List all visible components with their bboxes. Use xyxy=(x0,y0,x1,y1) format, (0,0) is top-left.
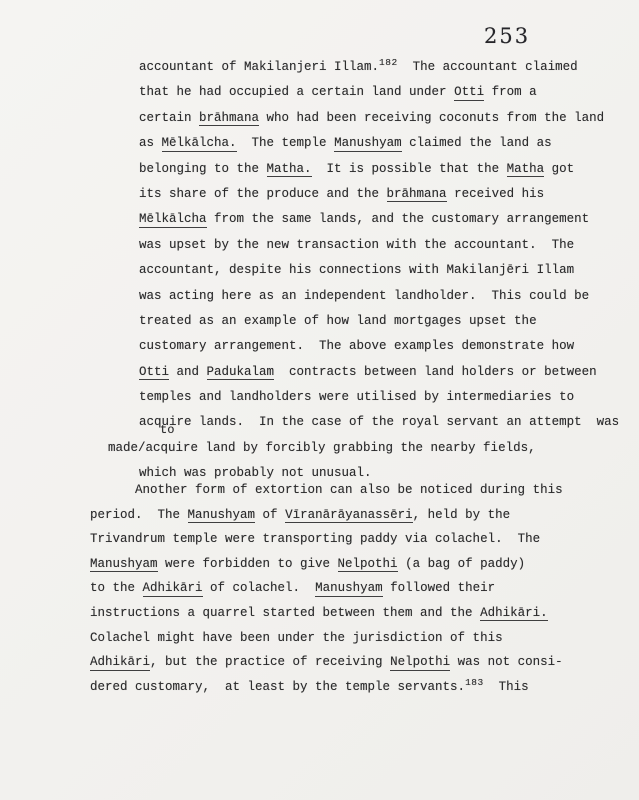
text-run: temples and landholders were utilised by… xyxy=(139,390,574,404)
text-run: , but the practice of receiving xyxy=(150,655,390,669)
text-line: its share of the produce and the brāhman… xyxy=(139,182,619,207)
paragraph-1: accountant of Makilanjeri Illam.182 The … xyxy=(139,55,619,487)
text-run: were forbidden to give xyxy=(158,557,338,571)
text-line: Otti and Padukalam contracts between lan… xyxy=(139,360,619,385)
text-line: accountant of Makilanjeri Illam.182 The … xyxy=(139,55,619,80)
text-run: customary arrangement. The above example… xyxy=(139,339,574,353)
text-run: Another form of extortion can also be no… xyxy=(135,483,563,497)
text-run: belonging to the xyxy=(139,162,267,176)
text-run: got xyxy=(544,162,574,176)
text-line: that he had occupied a certain land unde… xyxy=(139,80,619,105)
text-line: period. The Manushyam of Vīranārāyanassē… xyxy=(90,503,563,528)
text-run: received his xyxy=(447,187,545,201)
text-run: , held by the xyxy=(413,508,511,522)
text-run: instructions a quarrel started between t… xyxy=(90,606,480,620)
text-run: dered customary, at least by the temple … xyxy=(90,680,465,694)
text-run: accountant, despite his connections with… xyxy=(139,263,574,277)
text-line: to the Adhikāri of colachel. Manushyam f… xyxy=(90,576,563,601)
text-line: accountant, despite his connections with… xyxy=(139,258,619,283)
text-run: of xyxy=(255,508,285,522)
text-run: that he had occupied a certain land unde… xyxy=(139,85,454,99)
text-line: certain brāhmana who had been receiving … xyxy=(139,106,619,131)
text-run: The temple xyxy=(237,136,335,150)
underlined-term: Manushyam xyxy=(315,581,383,597)
text-run: of colachel. xyxy=(203,581,316,595)
text-line: Manushyam were forbidden to give Nelpoth… xyxy=(90,552,563,577)
text-run: Trivandrum temple were transporting padd… xyxy=(90,532,540,546)
paragraph-2: Another form of extortion can also be no… xyxy=(90,478,563,699)
underlined-term: Otti xyxy=(454,85,484,101)
text-run: certain xyxy=(139,111,199,125)
underlined-term: Padukalam xyxy=(207,365,275,381)
underlined-term: Manushyam xyxy=(90,557,158,573)
text-run: This xyxy=(484,680,529,694)
underlined-term: Vīranārāyanassēri xyxy=(285,508,413,524)
text-run: its share of the produce and the xyxy=(139,187,387,201)
underlined-term: Adhikāri xyxy=(143,581,203,597)
text-run: followed their xyxy=(383,581,496,595)
underlined-term: Manushyam xyxy=(188,508,256,524)
page-number: 253 xyxy=(484,24,530,48)
text-line: treated as an example of how land mortga… xyxy=(139,309,619,334)
underlined-term: Manushyam xyxy=(334,136,402,152)
underlined-term: Adhikāri xyxy=(90,655,150,671)
underlined-term: Otti xyxy=(139,365,169,381)
text-run: treated as an example of how land mortga… xyxy=(139,314,537,328)
text-line: Colachel might have been under the juris… xyxy=(90,626,563,651)
text-line: acquire lands. In the case of the royal … xyxy=(139,410,619,435)
text-run: as xyxy=(139,136,162,150)
text-run: from the same lands, and the customary a… xyxy=(207,212,590,226)
text-run: made/acquire land by forcibly grabbing t… xyxy=(108,441,536,455)
text-run: and xyxy=(169,365,207,379)
text-line: instructions a quarrel started between t… xyxy=(90,601,563,626)
footnote-reference: 183 xyxy=(465,677,484,688)
text-run: acquire lands. In the case of the royal … xyxy=(139,415,619,429)
text-line: dered customary, at least by the temple … xyxy=(90,675,563,700)
text-run: claimed the land as xyxy=(402,136,552,150)
underlined-term: Mēlkālcha xyxy=(139,212,207,228)
text-run: Colachel might have been under the juris… xyxy=(90,631,503,645)
underlined-term: brāhmana xyxy=(387,187,447,203)
text-run: was upset by the new transaction with th… xyxy=(139,238,574,252)
underlined-term: Mēlkālcha. xyxy=(162,136,237,152)
text-line: Adhikāri, but the practice of receiving … xyxy=(90,650,563,675)
text-line: was upset by the new transaction with th… xyxy=(139,233,619,258)
text-run: from a xyxy=(484,85,537,99)
text-run: who had been receiving coconuts from the… xyxy=(259,111,604,125)
text-line: belonging to the Matha. It is possible t… xyxy=(139,157,619,182)
text-line: as Mēlkālcha. The temple Manushyam claim… xyxy=(139,131,619,156)
text-line: Trivandrum temple were transporting padd… xyxy=(90,527,563,552)
text-line: made/acquire land by forcibly grabbing t… xyxy=(108,436,619,461)
underlined-term: brāhmana xyxy=(199,111,259,127)
text-run: contracts between land holders or betwee… xyxy=(274,365,597,379)
text-line: customary arrangement. The above example… xyxy=(139,334,619,359)
text-run: to the xyxy=(90,581,143,595)
text-line: was acting here as an independent landho… xyxy=(139,284,619,309)
text-line: Another form of extortion can also be no… xyxy=(135,478,563,503)
inserted-correction-line: to xyxy=(160,424,174,436)
text-run: (a bag of paddy) xyxy=(398,557,526,571)
text-run: was not consi- xyxy=(450,655,563,669)
text-run: accountant of Makilanjeri Illam. xyxy=(139,60,379,74)
underlined-term: Nelpothi xyxy=(338,557,398,573)
text-run: The accountant claimed xyxy=(398,60,578,74)
text-run: It is possible that the xyxy=(312,162,507,176)
footnote-reference: 182 xyxy=(379,57,398,68)
underlined-term: Adhikāri. xyxy=(480,606,548,622)
underlined-term: Matha xyxy=(507,162,545,178)
scanned-page: 253 accountant of Makilanjeri Illam.182 … xyxy=(0,0,639,800)
text-line: temples and landholders were utilised by… xyxy=(139,385,619,410)
text-run: was acting here as an independent landho… xyxy=(139,289,589,303)
text-line: Mēlkālcha from the same lands, and the c… xyxy=(139,207,619,232)
text-run: to xyxy=(160,423,174,437)
underlined-term: Nelpothi xyxy=(390,655,450,671)
text-run: period. The xyxy=(90,508,188,522)
underlined-term: Matha. xyxy=(267,162,312,178)
